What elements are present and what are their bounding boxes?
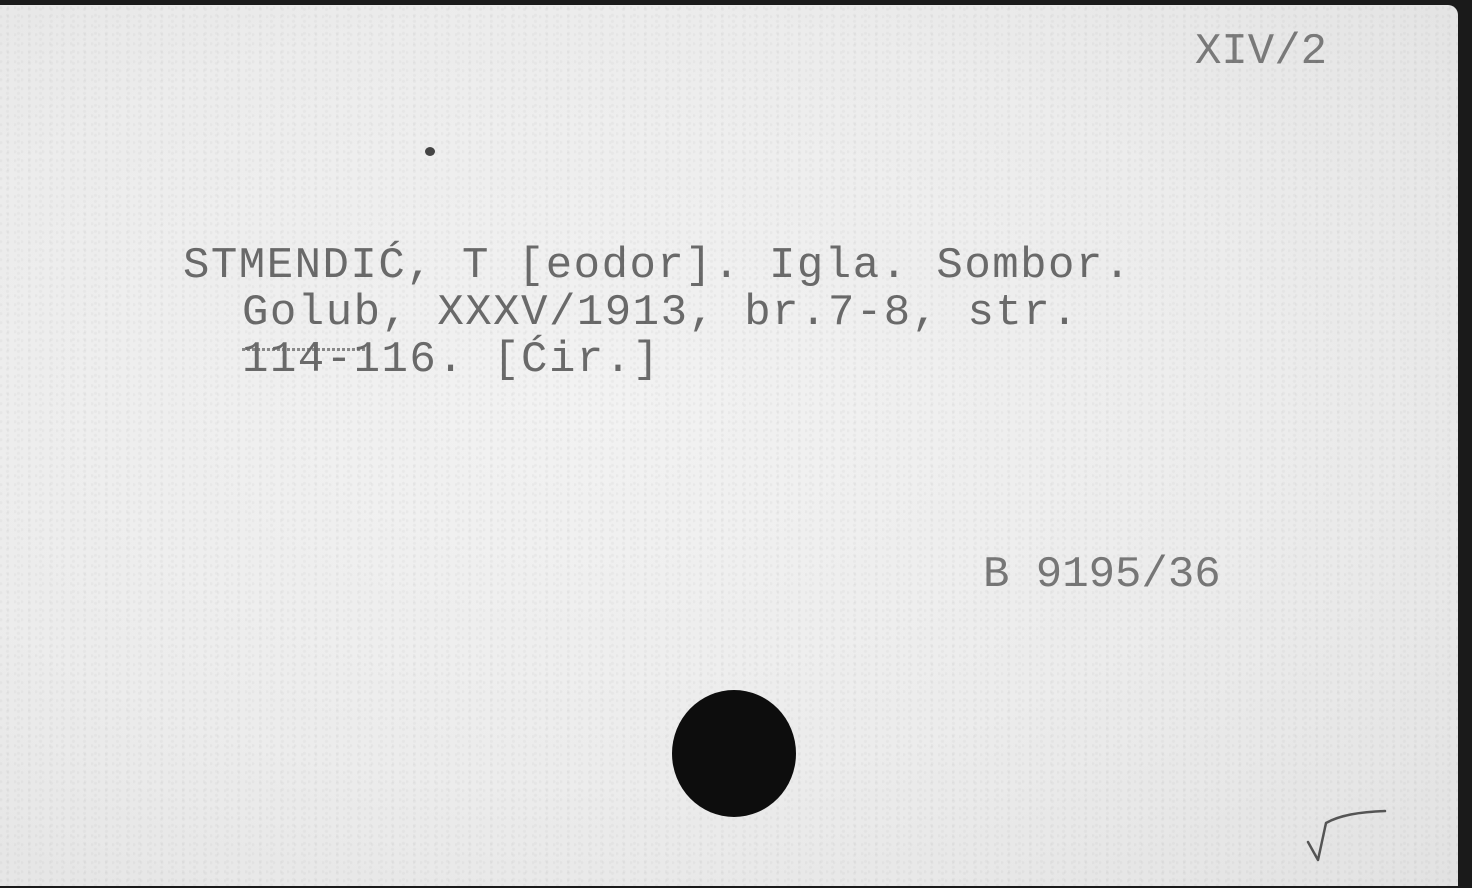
entry-source-line: Golub, XXXV/1913, br.7-8, str. [242, 288, 1079, 338]
punch-hole [672, 690, 796, 817]
ink-dot [425, 147, 435, 156]
entry-author-title-line: STMENDIĆ, T [eodor]. Igla. Sombor. [183, 241, 1132, 291]
checkmark-icon [1300, 805, 1400, 875]
catalog-card: XIV/2 STMENDIĆ, T [eodor]. Igla. Sombor.… [0, 5, 1458, 886]
entry-pages-line: 114-116. [Ćir.] [242, 335, 661, 385]
call-number: XIV/2 [1195, 27, 1327, 77]
accession-number: B 9195/36 [983, 550, 1221, 600]
